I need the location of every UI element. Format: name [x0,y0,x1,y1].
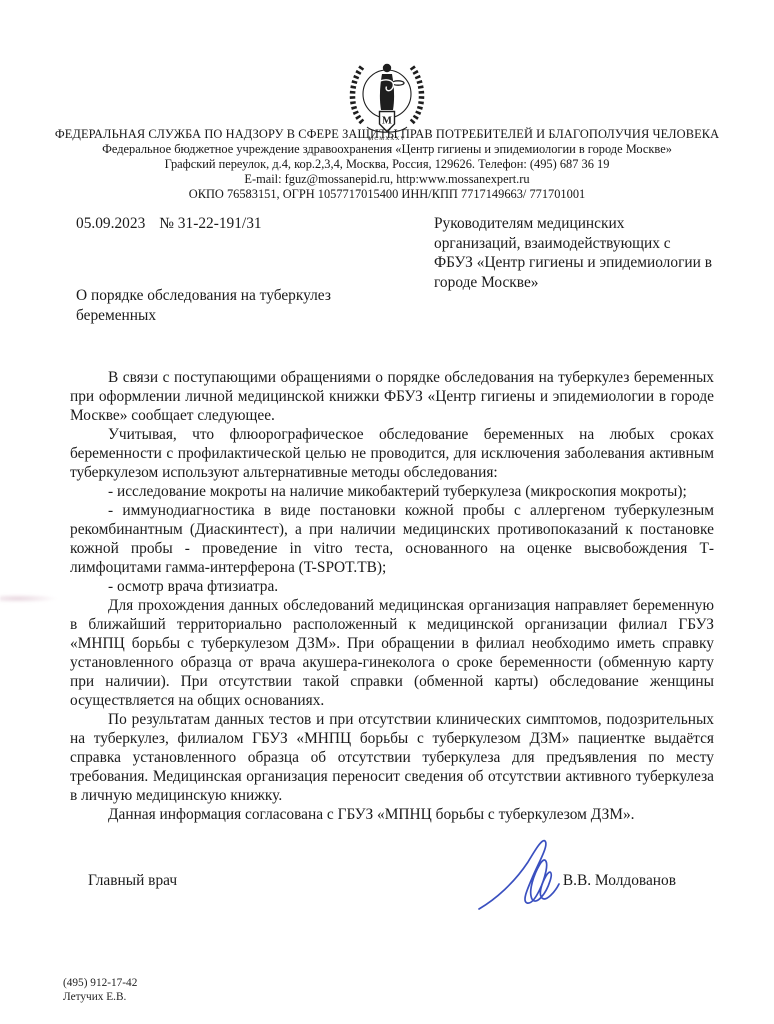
body-paragraph: Данная информация согласована с ГБУЗ «МП… [70,805,714,824]
body-paragraph: - иммунодиагностика в виде постановки ко… [70,501,714,577]
body-paragraph: Учитывая, что флюорографическое обследов… [70,425,714,482]
body-paragraph: В связи с поступающими обращениями о пор… [70,368,714,425]
signer-name: В.В. Молдованов [563,872,676,890]
organization-registration: ОКПО 76583151, ОГРН 1057717015400 ИНН/КП… [30,187,744,202]
signature-row: Главный врач В.В. Молдованов [88,872,676,890]
body-paragraph: - исследование мокроты на наличие микоба… [70,482,714,501]
letter-number: № 31-22-191/31 [159,215,261,232]
letter-page: M MCMXXXV ФЕДЕРАЛЬНАЯ СЛУЖБА ПО НАДЗОРУ … [0,0,774,1024]
meta-row: 05.09.2023№ 31-22-191/31 Руководителям м… [76,214,712,292]
date-number: 05.09.2023№ 31-22-191/31 [76,214,262,292]
organization-contacts: E-mail: fguz@mossanepid.ru, http:www.mos… [30,172,744,187]
body-paragraph: По результатам данных тестов и при отсут… [70,710,714,805]
letterhead: ФЕДЕРАЛЬНАЯ СЛУЖБА ПО НАДЗОРУ В СФЕРЕ ЗА… [30,127,744,202]
agency-name: ФЕДЕРАЛЬНАЯ СЛУЖБА ПО НАДЗОРУ В СФЕРЕ ЗА… [30,127,744,142]
executor-phone: (495) 912-17-42 [63,977,137,991]
executor-footer: (495) 912-17-42 Летучих Е.В. [63,977,137,1004]
body-paragraph: - осмотр врача фтизиатра. [70,577,714,596]
emblem-monogram: M [382,116,392,127]
letter-body: В связи с поступающими обращениями о пор… [70,368,714,824]
scan-artifact [0,594,58,603]
organization-address: Графский переулок, д.4, кор.2,3,4, Москв… [30,157,744,172]
signer-position: Главный врач [88,872,177,890]
letter-subject: О порядке обследования на туберкулез бер… [76,286,386,326]
executor-name: Летучих Е.В. [63,991,137,1005]
body-paragraph: Для прохождения данных обследований меди… [70,596,714,710]
organization-name: Федеральное бюджетное учреждение здравоо… [30,142,744,157]
letter-date: 05.09.2023 [76,215,145,232]
recipient-block: Руководителям медицинских организаций, в… [434,214,712,292]
